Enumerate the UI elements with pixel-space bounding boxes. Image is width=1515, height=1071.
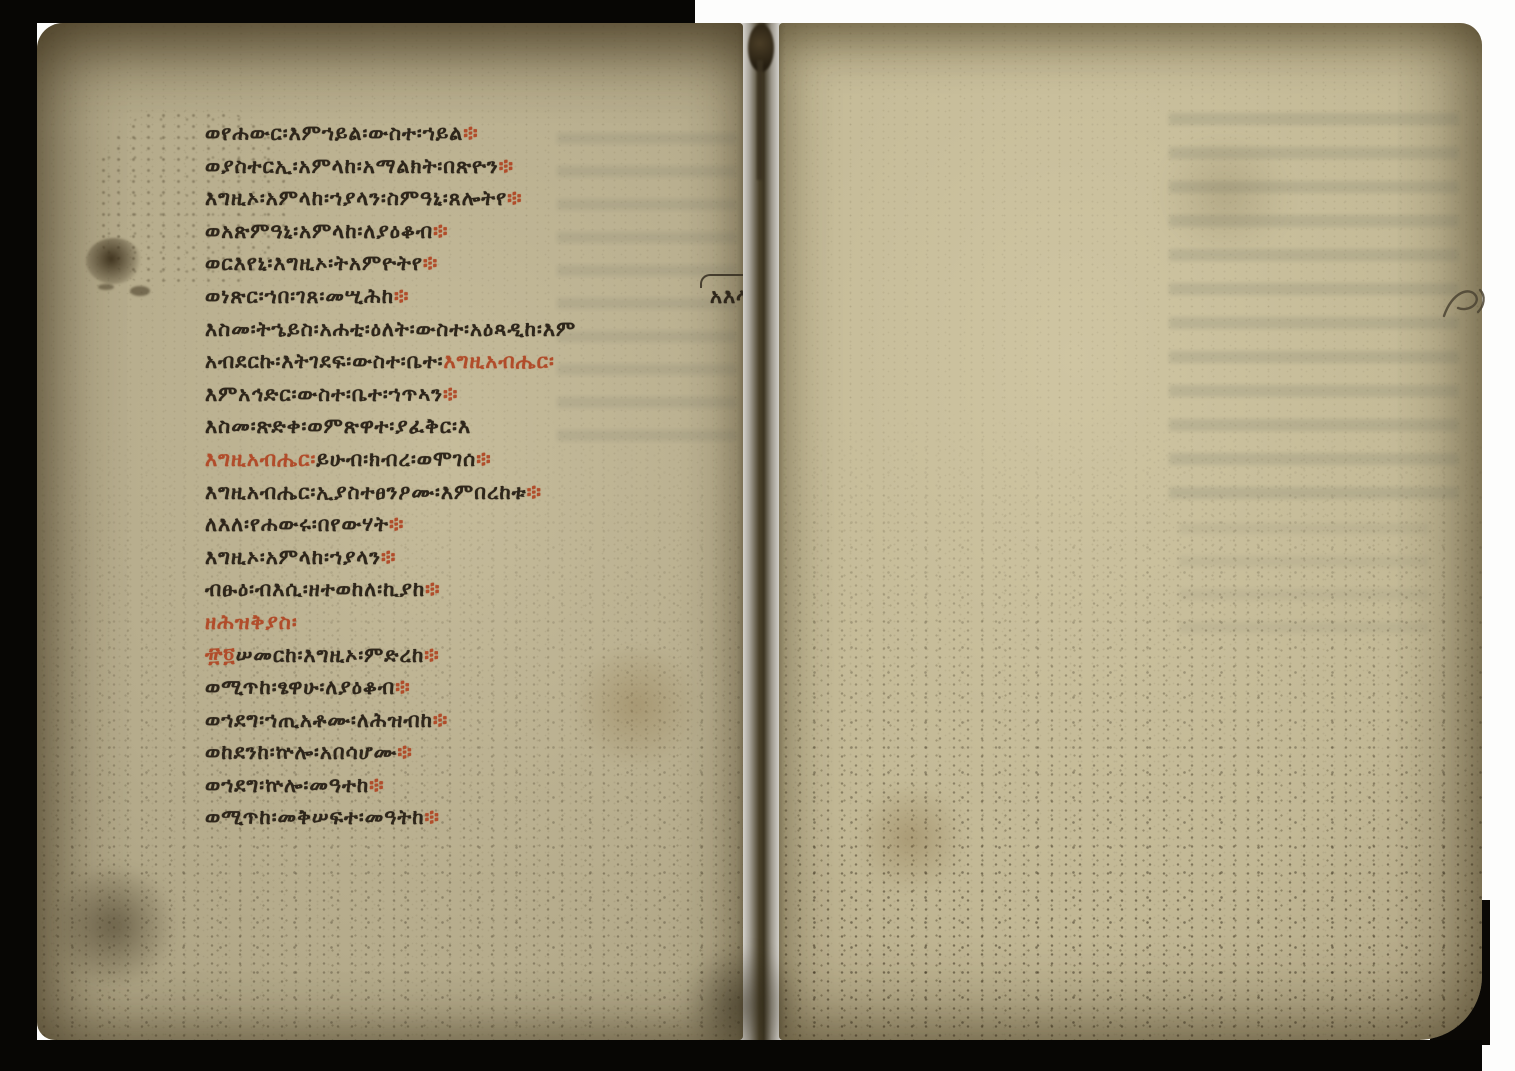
text-line: ወሚጥከ፡መቅሠፍተ፡መዓትከ፨ (205, 801, 743, 834)
text-line: ወከደንከ፡ኵሎ፡አበሳሆሙ፨ (205, 736, 743, 769)
line-overflow-word: አእላፍ፨ (710, 280, 743, 313)
body-text: እስመ፡ጽድቀ፡ወምጽዋተ፡ያፈቅር፡እ (205, 414, 471, 438)
body-text: ወየሐውር፡እምኀይል፡ውስተ፡ኀይል (205, 121, 463, 145)
text-line: ለእለ፡የሐውሩ፡በየውሃት፨ (205, 508, 743, 541)
body-text: ወኀደግ፡ኀጢአቶሙ፡ለሕዝብከ (205, 708, 433, 732)
body-text: ወኀደግ፡ኵሎ፡መዓተከ (205, 773, 369, 797)
rubric-text: ፨ (527, 480, 542, 504)
rubric-text: ፨ (463, 121, 478, 145)
body-text: እግዚኦ፡አምላከ፡ኀያላን (205, 545, 381, 569)
rubric-text: ፨ (425, 577, 440, 601)
rubric-text: ፨ (394, 284, 409, 308)
text-line: ወአጽምዓኒ፡አምላከ፡ለያዕቆብ፨ (205, 215, 743, 248)
scan-border-left (0, 0, 37, 1071)
body-text: ሠመርከ፡እግዚኦ፡ምድረከ (236, 643, 425, 667)
text-line: ወያስተርኢ፡አምላከ፡አማልክት፡በጽዮን፨ (205, 150, 743, 183)
text-line: እግዚኦ፡አምላከ፡ኀያላን፨ (205, 541, 743, 574)
text-line: ወኀደግ፡ኵሎ፡መዓተከ፨ (205, 769, 743, 802)
body-text: ወአጽምዓኒ፡አምላከ፡ለያዕቆብ (205, 219, 433, 243)
body-text: እምአኅድር፡ውስተ፡ቤተ፡ኀጥኣን (205, 382, 443, 406)
verso-showthrough (1169, 113, 1459, 513)
body-text: ለእለ፡የሐውሩ፡በየውሃት (205, 512, 389, 536)
right-page: ሚጠነ፡አምላክነ፡ወመድኃኒነ፨ወሚጥ፡መዓተከ፡እምኔነ፨ወለዓለምዕ፡ኢት… (779, 23, 1482, 1040)
rubric-text: ፨ (433, 708, 448, 732)
rubric-text: እግዚአብሔር፡ (205, 447, 316, 471)
body-text: ወሚጥከ፡ፄዋሁ፡ለያዕቆብ (205, 675, 395, 699)
margin-annotation-scribble (1440, 282, 1494, 328)
rubric-text: ፨ (507, 186, 522, 210)
text-line: ወነጽር፡ኀበ፡ገጸ፡መሢሕከ፨አእላፍ፨ (205, 280, 743, 313)
text-line: ወርእየኒ፡እግዚኦ፡ትአምዮትየ፨ (205, 247, 743, 280)
rubric-text: ፨ (395, 675, 410, 699)
text-line: እስመ፡ጽድቀ፡ወምጽዋተ፡ያፈቅር፡እ (205, 410, 743, 443)
parchment-grain (779, 23, 1482, 1040)
text-line: እግዚአብሔር፡ኢያስተፀንዖሙ፡እምበረከቱ፨ (205, 476, 743, 509)
body-text: እግዚኦ፡አምላከ፡ኀያላን፡ስምዓኒ፡ጸሎትየ (205, 186, 507, 210)
manuscript-photo: ወየሐውር፡እምኀይል፡ውስተ፡ኀይል፨ወያስተርኢ፡አምላከ፡አማልክት፡በጽ… (0, 0, 1515, 1071)
text-line: ብፁዕ፡ብእሲ፡ዘተወከለ፡ኪያከ፨ (205, 573, 743, 606)
rubric-text: ፨ (397, 740, 412, 764)
rubric-text: ፨ (381, 545, 396, 569)
body-text: ይሁብ፡ክብረ፡ወሞገሰ (316, 447, 476, 471)
body-text: ወሚጥከ፡መቅሠፍተ፡መዓትከ (205, 805, 425, 829)
text-line: ወኀደግ፡ኀጢአቶሙ፡ለሕዝብከ፨ (205, 704, 743, 737)
body-text: ወርእየኒ፡እግዚኦ፡ትአምዮትየ (205, 251, 423, 275)
text-line: እስመ፡ትኄይስ፡አሐቲ፡ዕለት፡ውስተ፡አዕጻዲከ፡እም (205, 313, 743, 346)
rubric-text: ፨ (499, 154, 514, 178)
rubric-text: ፹፬ (205, 643, 236, 667)
body-text: አእላፍ (710, 284, 743, 308)
body-text: አብደርኩ፡እትገደፍ፡ውስተ፡ቤተ፡ (205, 349, 444, 373)
text-line: እምአኅድር፡ውስተ፡ቤተ፡ኀጥኣን፨ (205, 378, 743, 411)
rubric-text: ፨ (425, 805, 440, 829)
rubric-text: ፨ (424, 643, 439, 667)
text-line: አብደርኩ፡እትገደፍ፡ውስተ፡ቤተ፡እግዚአብሔር፡ (205, 345, 743, 378)
scan-border-top (0, 0, 700, 23)
rubric-text: ፨ (389, 512, 404, 536)
body-text: ወያስተርኢ፡አምላከ፡አማልክት፡በጽዮን (205, 154, 499, 178)
left-page-text: ወየሐውር፡እምኀይል፡ውስተ፡ኀይል፨ወያስተርኢ፡አምላከ፡አማልክት፡በጽ… (205, 117, 743, 834)
rubric-text: ዘሕዝቅያስ፡ (205, 610, 298, 634)
rubric-text: ፨ (443, 382, 458, 406)
rubric-text: ፨ (476, 447, 491, 471)
body-text: ወነጽር፡ኀበ፡ገጸ፡መሢሕከ (205, 284, 394, 308)
scan-margin-top (695, 0, 1515, 23)
left-page: ወየሐውር፡እምኀይል፡ውስተ፡ኀይል፨ወያስተርኢ፡አምላከ፡አማልክት፡በጽ… (37, 23, 743, 1040)
body-text: ብፁዕ፡ብእሲ፡ዘተወከለ፡ኪያከ (205, 577, 425, 601)
text-line: እግዚአብሔር፡ይሁብ፡ክብረ፡ወሞገሰ፨ (205, 443, 743, 476)
rubric-line: ዘሕዝቅያስ፡ (205, 606, 743, 639)
text-line: ወሚጥከ፡ፄዋሁ፡ለያዕቆብ፨ (205, 671, 743, 704)
body-text: ወከደንከ፡ኵሎ፡አበሳሆሙ (205, 740, 397, 764)
verso-showthrough (1179, 523, 1429, 643)
rubric-text: ፨ (433, 219, 448, 243)
binding-thread (757, 60, 763, 180)
rubric-text: ፨ (423, 251, 438, 275)
rubric-text: እግዚአብሔር፡ (444, 349, 555, 373)
parchment-speckles (779, 23, 1482, 1040)
text-line: ወየሐውር፡እምኀይል፡ውስተ፡ኀይል፨ (205, 117, 743, 150)
body-text: እስመ፡ትኄይስ፡አሐቲ፡ዕለት፡ውስተ፡አዕጻዲከ፡እም (205, 317, 576, 341)
scan-border-bottom (0, 1040, 1482, 1071)
text-line: ፹፬ሠመርከ፡እግዚኦ፡ምድረከ፨ (205, 639, 743, 672)
rubric-text: ፨ (369, 773, 384, 797)
body-text: እግዚአብሔር፡ኢያስተፀንዖሙ፡እምበረከቱ (205, 480, 527, 504)
text-line: እግዚኦ፡አምላከ፡ኀያላን፡ስምዓኒ፡ጸሎትየ፨ (205, 182, 743, 215)
